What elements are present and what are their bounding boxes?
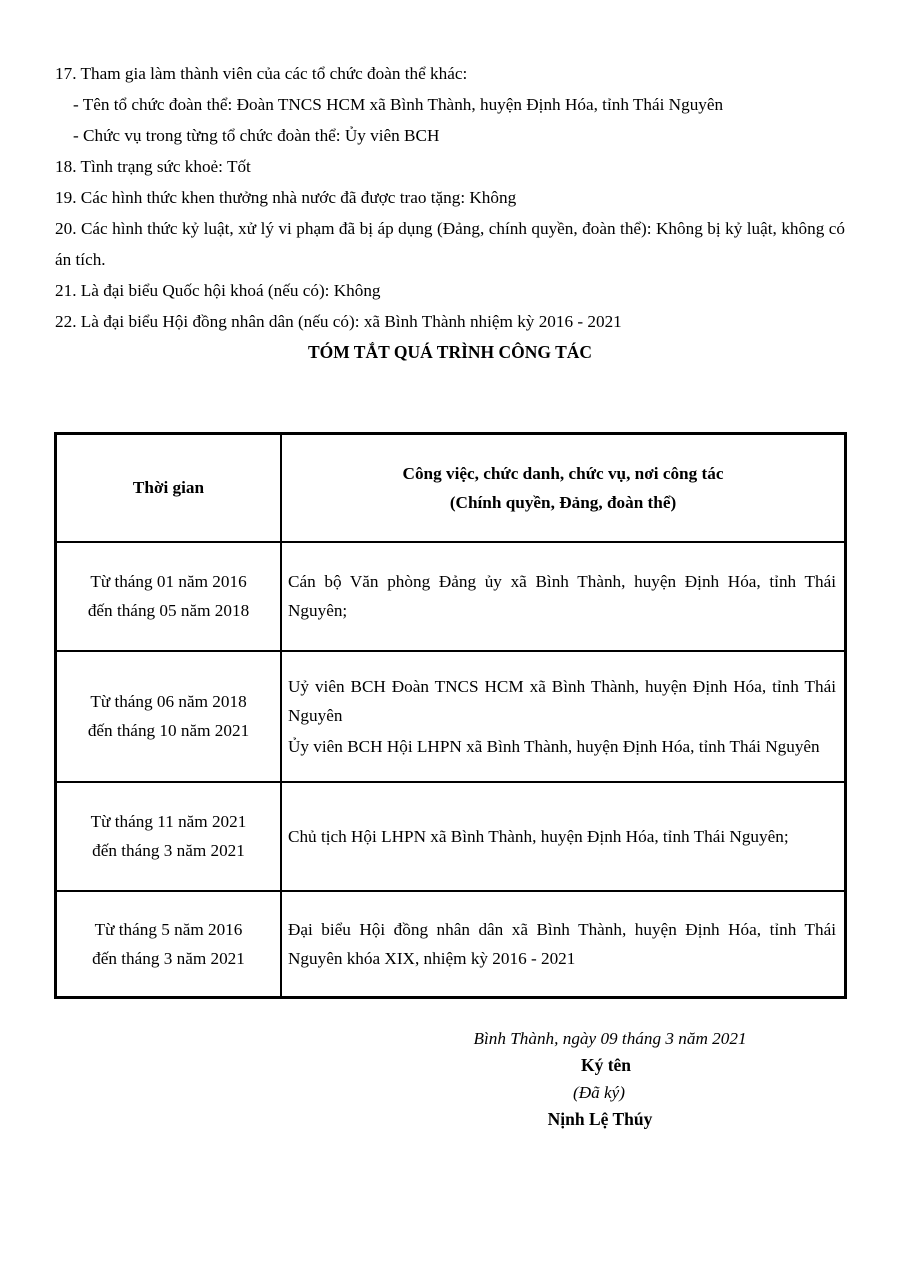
career-summary-title: TÓM TẮT QUÁ TRÌNH CÔNG TÁC <box>55 337 845 368</box>
item-17-position: - Chức vụ trong từng tổ chức đoàn thể: Ủ… <box>55 120 845 151</box>
item-19-awards: 19. Các hình thức khen thưởng nhà nước đ… <box>55 182 845 213</box>
description-cell: Cán bộ Văn phòng Đảng ủy xã Bình Thành, … <box>281 542 846 651</box>
place-date: Bình Thành, ngày 09 tháng 3 năm 2021 <box>400 1025 820 1052</box>
item-22-peoples-council: 22. Là đại biểu Hội đồng nhân dân (nếu c… <box>55 306 845 337</box>
signature-block: Bình Thành, ngày 09 tháng 3 năm 2021 Ký … <box>400 1025 820 1133</box>
header-work: Công việc, chức danh, chức vụ, nơi công … <box>281 434 846 542</box>
signer-name: Nịnh Lệ Thúy <box>380 1106 820 1133</box>
time-cell: Từ tháng 06 năm 2018 đến tháng 10 năm 20… <box>56 651 282 782</box>
item-17-heading: 17. Tham gia làm thành viên của các tổ c… <box>55 58 845 89</box>
table-row: Từ tháng 11 năm 2021 đến tháng 3 năm 202… <box>56 782 846 891</box>
table-header-row: Thời gian Công việc, chức danh, chức vụ,… <box>56 434 846 542</box>
description-cell: Uỷ viên BCH Đoàn TNCS HCM xã Bình Thành,… <box>281 651 846 782</box>
item-17-org-name: - Tên tổ chức đoàn thể: Đoàn TNCS HCM xã… <box>55 89 845 120</box>
time-cell: Từ tháng 5 năm 2016 đến tháng 3 năm 2021 <box>56 891 282 998</box>
time-cell: Từ tháng 01 năm 2016 đến tháng 05 năm 20… <box>56 542 282 651</box>
header-time: Thời gian <box>56 434 282 542</box>
description-cell: Đại biểu Hội đồng nhân dân xã Bình Thành… <box>281 891 846 998</box>
item-21-national-assembly: 21. Là đại biểu Quốc hội khoá (nếu có): … <box>55 275 845 306</box>
item-20-discipline: 20. Các hình thức kỷ luật, xử lý vi phạm… <box>55 213 845 275</box>
time-cell: Từ tháng 11 năm 2021 đến tháng 3 năm 202… <box>56 782 282 891</box>
signature-label: Ký tên <box>392 1052 820 1079</box>
table-row: Từ tháng 06 năm 2018 đến tháng 10 năm 20… <box>56 651 846 782</box>
table-row: Từ tháng 01 năm 2016 đến tháng 05 năm 20… <box>56 542 846 651</box>
item-18-health: 18. Tình trạng sức khoẻ: Tốt <box>55 151 845 182</box>
table-row: Từ tháng 5 năm 2016 đến tháng 3 năm 2021… <box>56 891 846 998</box>
description-cell: Chủ tịch Hội LHPN xã Bình Thành, huyện Đ… <box>281 782 846 891</box>
signed-status: (Đã ký) <box>378 1079 820 1106</box>
career-summary-table: Thời gian Công việc, chức danh, chức vụ,… <box>54 432 847 999</box>
personal-info-section: 17. Tham gia làm thành viên của các tổ c… <box>55 58 845 368</box>
